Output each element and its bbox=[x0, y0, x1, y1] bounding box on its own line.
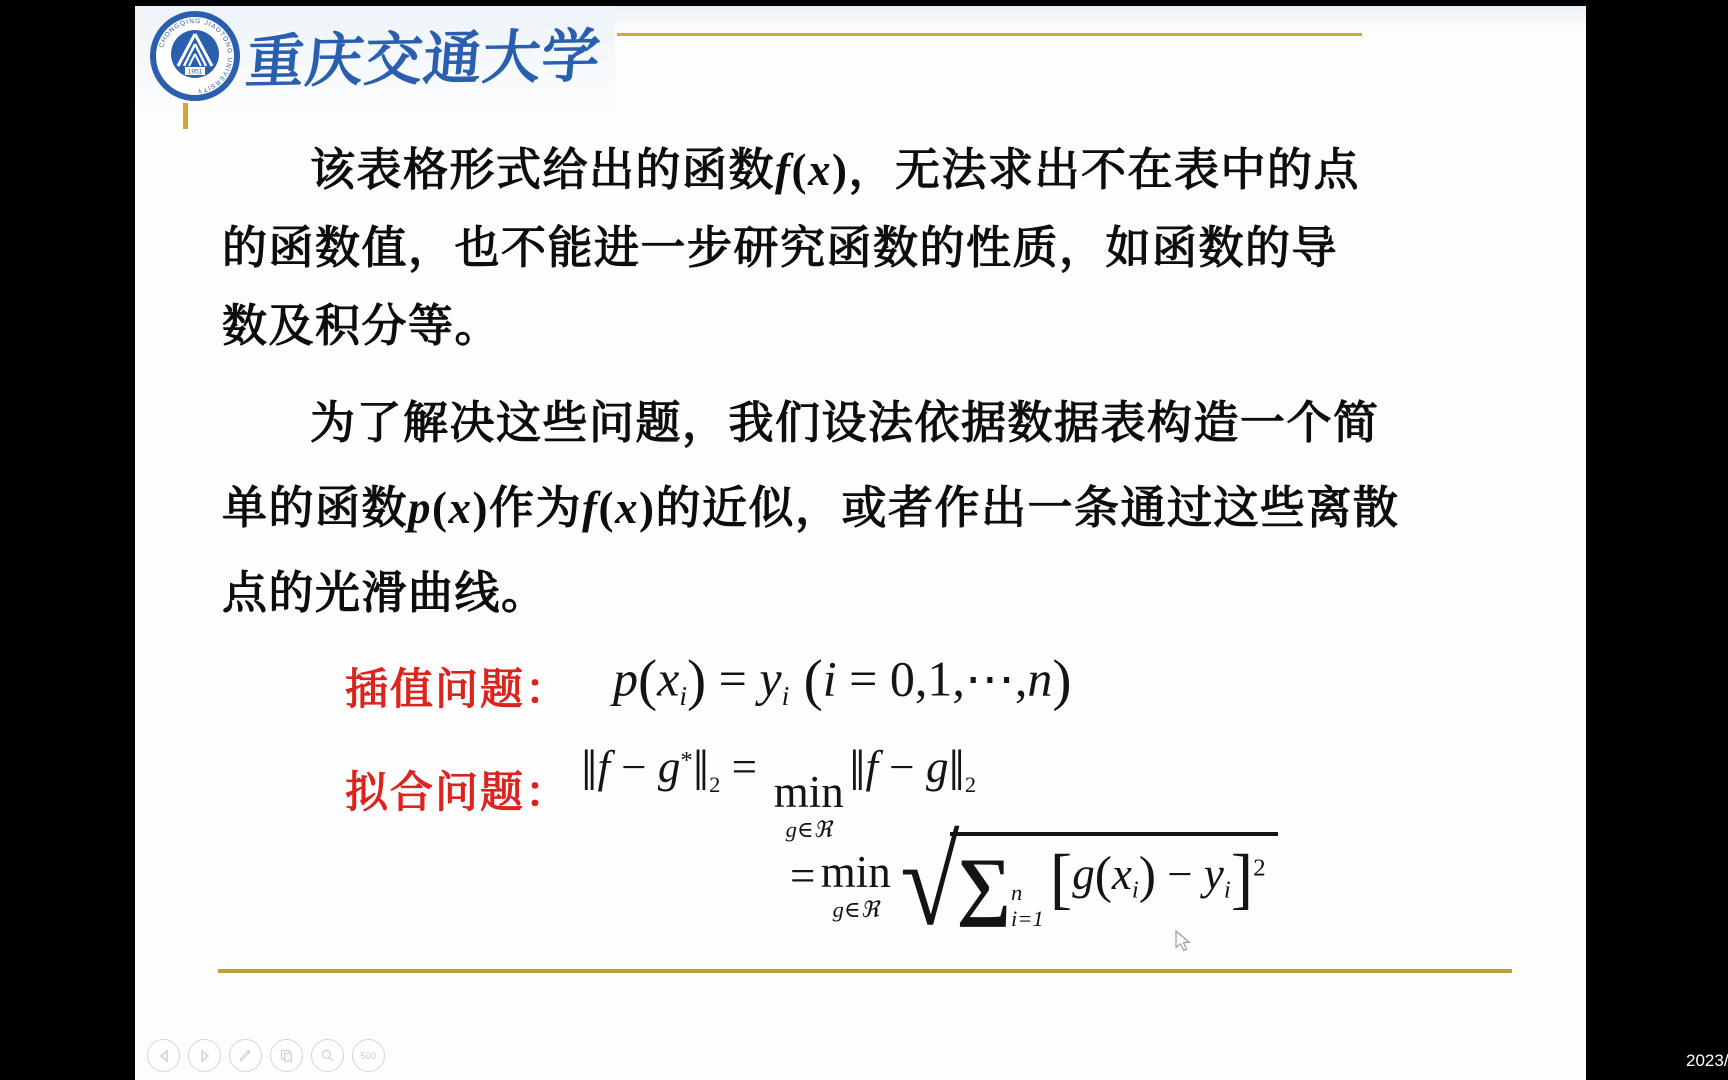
interpolation-label: 插值问题： bbox=[345, 656, 570, 717]
speed-button[interactable]: 500 bbox=[352, 1039, 385, 1072]
mouse-cursor bbox=[1174, 930, 1196, 954]
header-rule bbox=[617, 33, 1362, 36]
speed-label: 500 bbox=[360, 1051, 377, 1061]
back-arrow-icon bbox=[157, 1049, 171, 1063]
fitting-formula-radicand: ∑ni=1[g(xi) − yi]2 bbox=[950, 832, 1277, 932]
fitting-formula-line2: = ming∈ℜ √ ∑ni=1[g(xi) − yi]2 bbox=[790, 832, 1278, 940]
interpolation-formula: p(xi) = yi (i = 0,1,⋯,n) bbox=[613, 648, 1072, 713]
zoom-button[interactable] bbox=[311, 1039, 344, 1072]
magnifier-icon bbox=[320, 1048, 335, 1063]
previous-button[interactable] bbox=[147, 1039, 180, 1072]
footer-rule bbox=[218, 969, 1512, 973]
square-root: √ ∑ni=1[g(xi) − yi]2 bbox=[900, 832, 1277, 940]
date-text: 2023/ bbox=[1686, 1051, 1728, 1071]
forward-arrow-icon bbox=[198, 1049, 212, 1063]
paragraph-line: 的函数值，也不能进一步研究函数的性质，如函数的导 bbox=[222, 221, 1338, 275]
pencil-icon bbox=[238, 1048, 253, 1063]
paragraph-line: 点的光滑曲线。 bbox=[222, 566, 548, 620]
gold-tick bbox=[183, 103, 188, 129]
video-frame: { "logo": { "ring_text": "CHONGQING JIAO… bbox=[0, 0, 1728, 1080]
slideshow-controls: 500 bbox=[147, 1039, 385, 1072]
next-button[interactable] bbox=[188, 1039, 221, 1072]
paragraph-line: 数及积分等。 bbox=[222, 299, 501, 353]
emblem-year: 1951 bbox=[188, 69, 203, 76]
paragraph-line: 该表格形式给出的函数f(x)，无法求出不在表中的点 bbox=[310, 143, 1360, 197]
slide-canvas: CHONGQING JIAOTONG UNIVERSITY 1951 重庆交通大… bbox=[135, 6, 1586, 1080]
pen-button[interactable] bbox=[229, 1039, 262, 1072]
paragraph-line: 单的函数p(x)作为f(x)的近似，或者作出一条通过这些离散 bbox=[222, 481, 1400, 535]
paragraph-line: 为了解决这些问题，我们设法依据数据表构造一个简 bbox=[310, 396, 1380, 450]
letterbox-left bbox=[0, 0, 135, 1080]
university-name: 重庆交通大学 bbox=[243, 9, 605, 99]
radical-icon: √ bbox=[900, 822, 959, 946]
fitting-label: 拟合问题： bbox=[345, 759, 570, 820]
letterbox-right bbox=[1586, 0, 1728, 1080]
copy-icon bbox=[279, 1048, 294, 1063]
university-emblem-icon: CHONGQING JIAOTONG UNIVERSITY 1951 bbox=[149, 8, 241, 104]
copy-button[interactable] bbox=[270, 1039, 303, 1072]
fitting-formula-line2-lead: = ming∈ℜ bbox=[790, 832, 896, 922]
